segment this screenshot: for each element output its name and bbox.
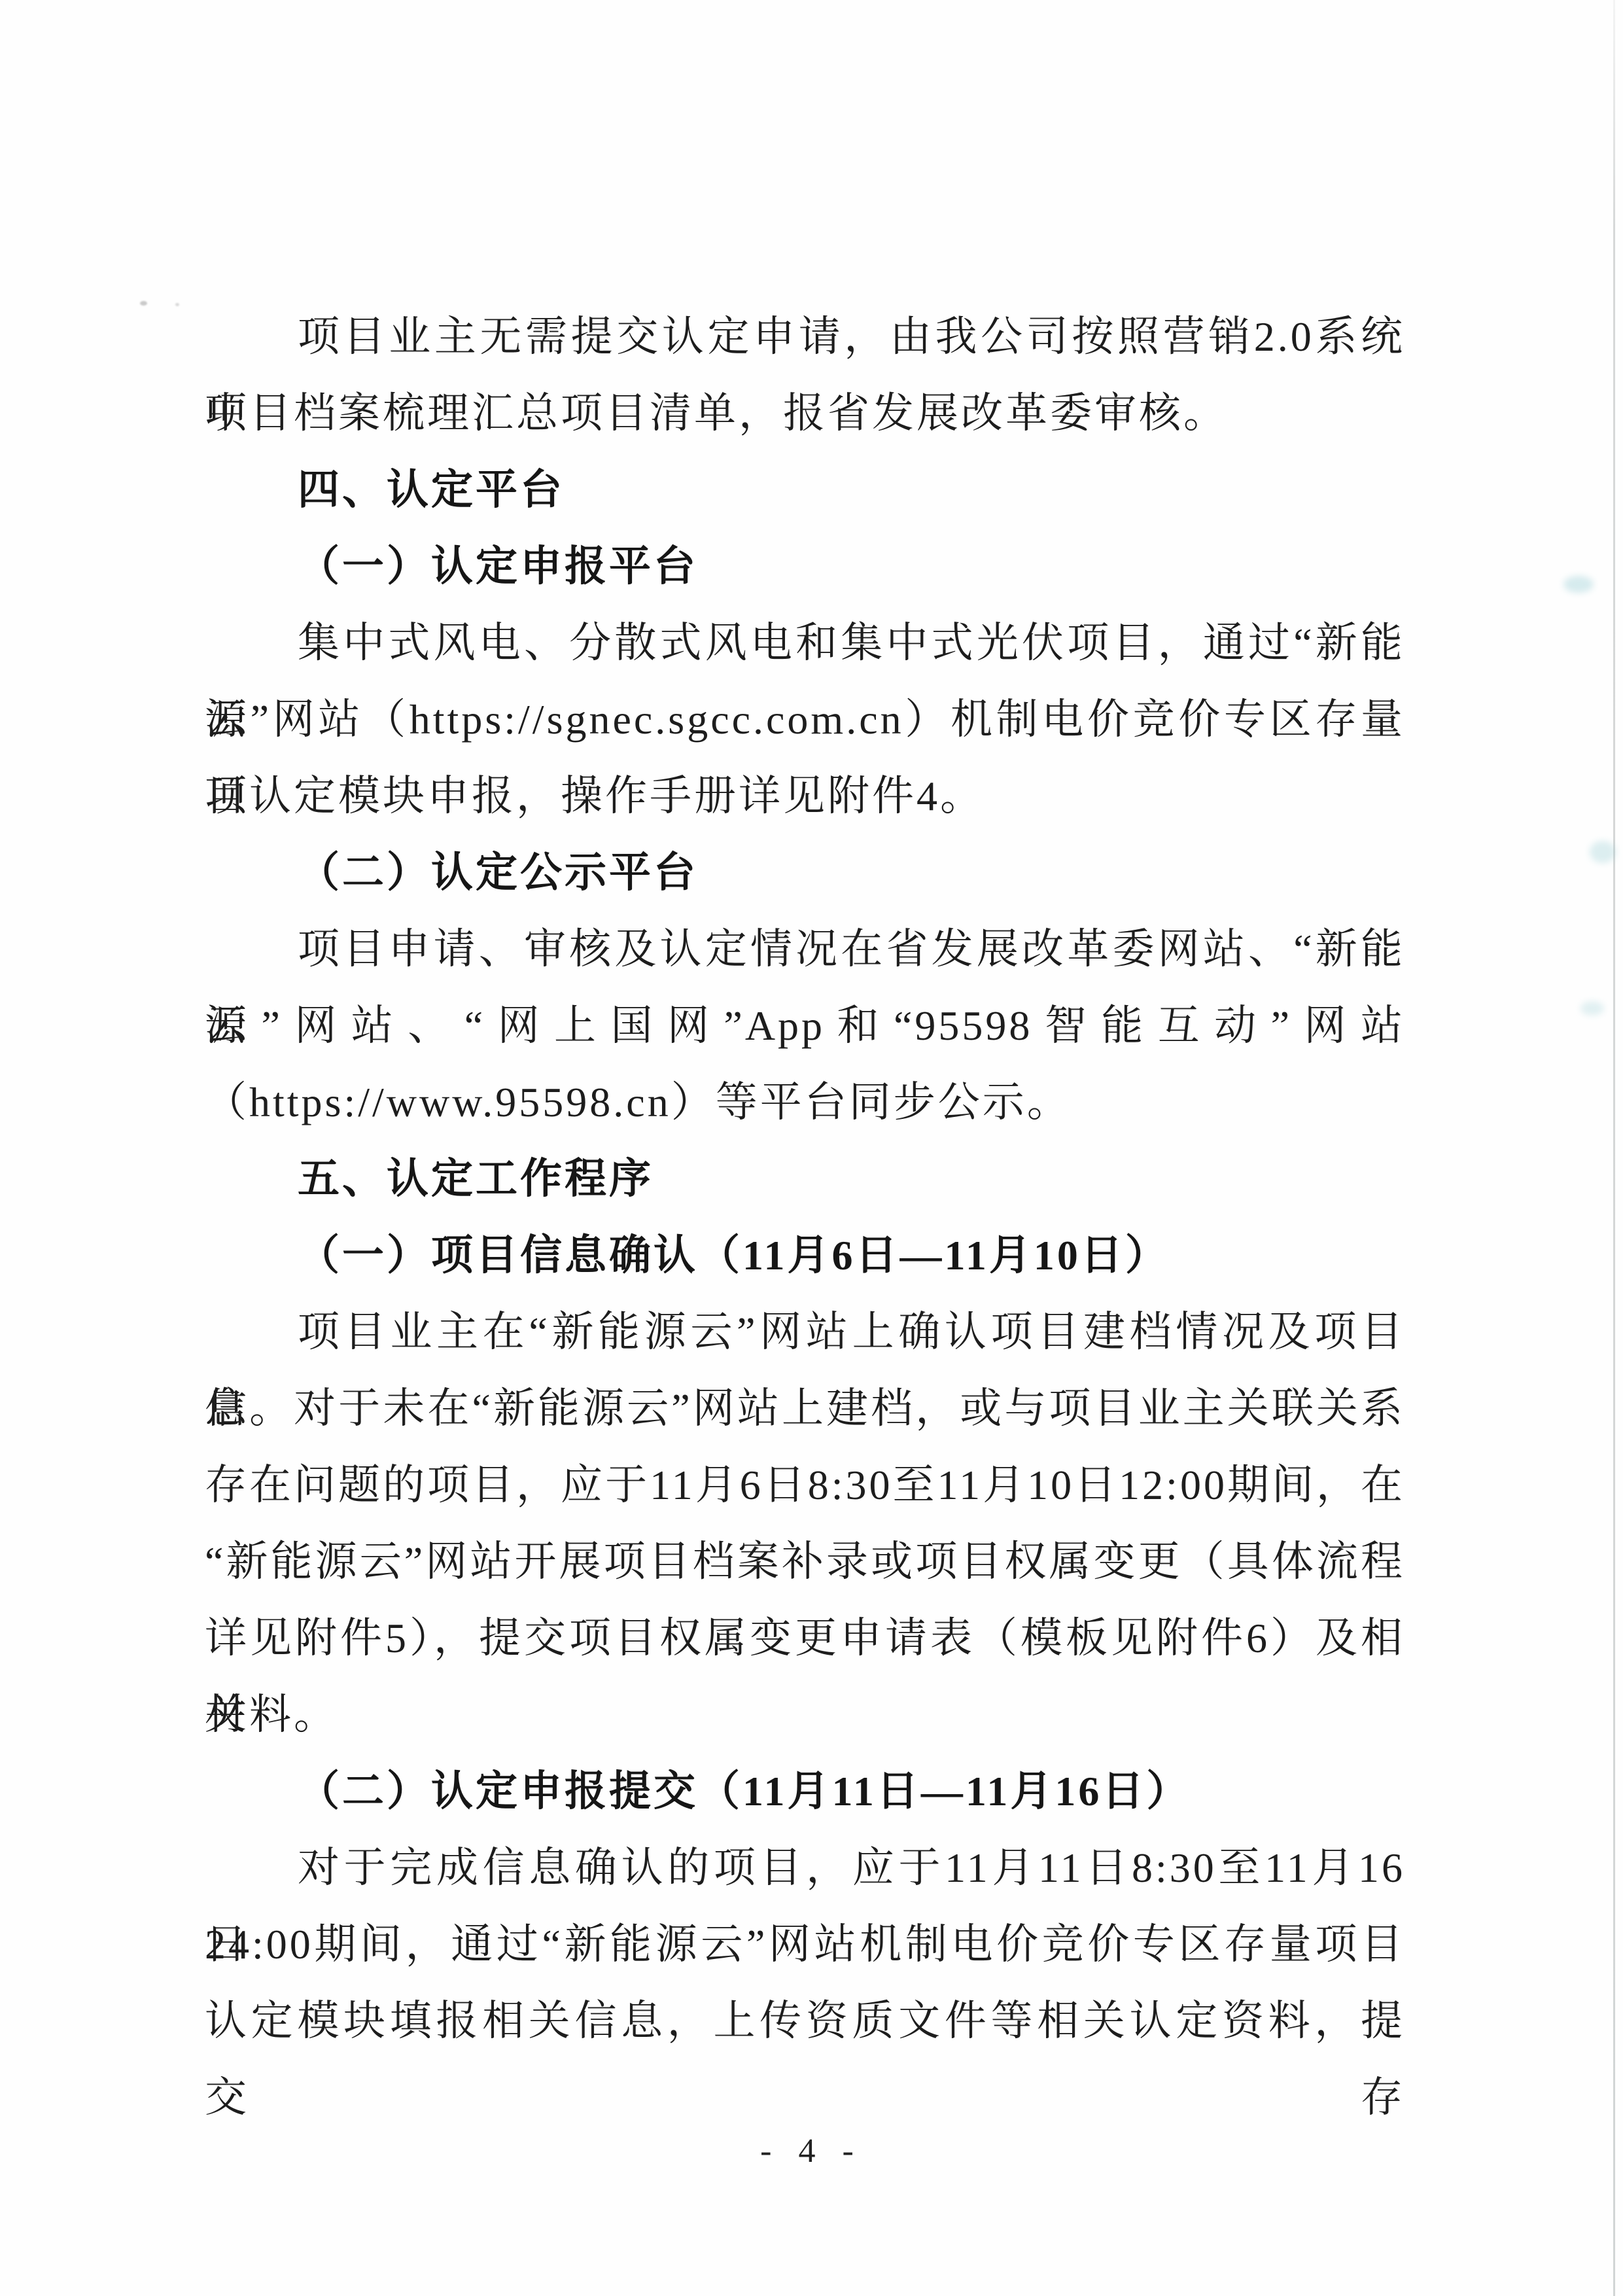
text-line: 存在问题的项目，应于11月6日8:30至11月10日12:00期间，在 [205, 1447, 1405, 1523]
text-line: 项目业主在“新能源云”网站上确认项目建档情况及项目信 [205, 1294, 1405, 1370]
scan-smudge [1590, 841, 1616, 863]
scan-smudge [1563, 576, 1594, 593]
text-line: 项目业主无需提交认定申请，由我公司按照营销2.0系统中 [205, 298, 1405, 375]
text-line: 对于完成信息确认的项目，应于11月11日8:30至11月16日 [205, 1829, 1405, 1906]
text-line: 详见附件5），提交项目权属变更申请表（模板见附件6）及相关 [205, 1600, 1405, 1676]
scan-edge-artifact [1613, 0, 1615, 2296]
subsection-heading: （一）认定申报平台 [205, 528, 1405, 605]
section-heading: 四、认定平台 [205, 451, 1405, 528]
text-line: 云”网站、“网上国网”App和“95598智能互动”网站 [205, 987, 1405, 1064]
document-text-block: 项目业主无需提交认定申请，由我公司按照营销2.0系统中 项目档案梳理汇总项目清单… [205, 298, 1405, 2059]
text-line: 项目档案梳理汇总项目清单，报省发展改革委审核。 [205, 375, 1405, 451]
text-line: 24:00期间，通过“新能源云”网站机制电价竞价专区存量项目 [205, 1906, 1405, 1983]
text-line: “新能源云”网站开展项目档案补录或项目权属变更（具体流程 [205, 1523, 1405, 1600]
text-line: （https://www.95598.cn）等平台同步公示。 [205, 1064, 1405, 1140]
scan-speck [175, 303, 179, 306]
text-line: 目认定模块申报，操作手册详见附件4。 [205, 758, 1405, 834]
text-line: 材料。 [205, 1676, 1405, 1753]
document-page: 项目业主无需提交认定申请，由我公司按照营销2.0系统中 项目档案梳理汇总项目清单… [0, 0, 1623, 2296]
text-line: 息。对于未在“新能源云”网站上建档，或与项目业主关联关系 [205, 1370, 1405, 1447]
text-line: 集中式风电、分散式风电和集中式光伏项目，通过“新能源 [205, 605, 1405, 681]
section-heading: 五、认定工作程序 [205, 1140, 1405, 1217]
subsection-heading: （二）认定申报提交（11月11日—11月16日） [205, 1753, 1405, 1829]
text-line: 云”网站（https://sgnec.sgcc.com.cn）机制电价竞价专区存… [205, 681, 1405, 758]
scan-speck [140, 301, 147, 306]
subsection-heading: （二）认定公示平台 [205, 834, 1405, 911]
text-line: 认定模块填报相关信息，上传资质文件等相关认定资料，提交存 [205, 1983, 1405, 2059]
subsection-heading: （一）项目信息确认（11月6日—11月10日） [205, 1217, 1405, 1294]
page-number: - 4 - [0, 2132, 1623, 2170]
text-line: 项目申请、审核及认定情况在省发展改革委网站、“新能源 [205, 911, 1405, 987]
scan-smudge [1580, 1001, 1604, 1016]
